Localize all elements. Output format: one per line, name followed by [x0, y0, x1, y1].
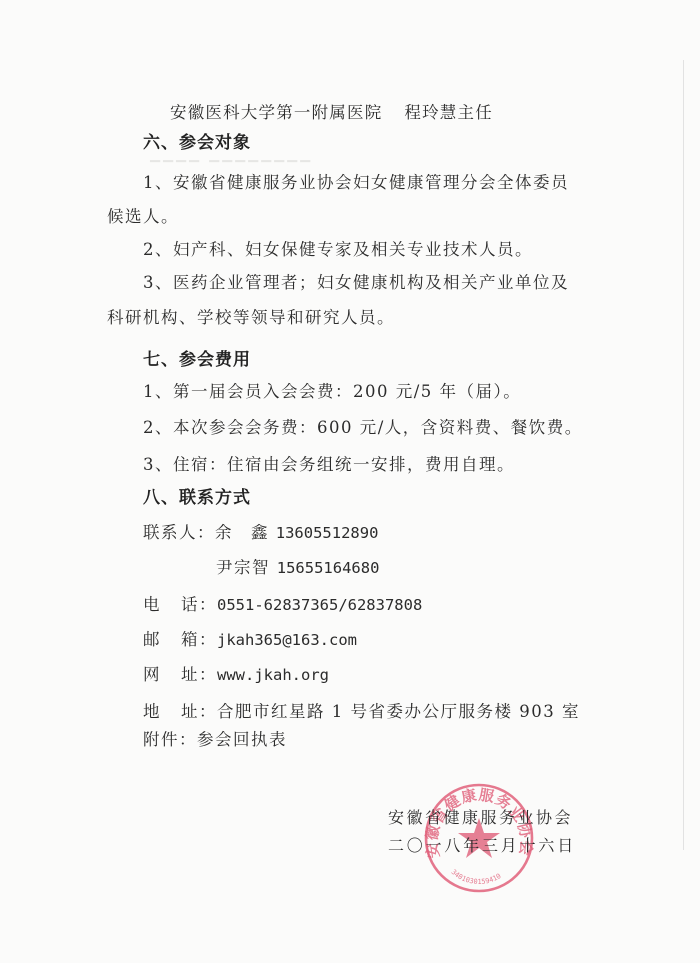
attendee-item-3-line2: 科研机构、学校等领导和研究人员。 — [107, 308, 395, 328]
fee-item-2: 2、本次参会会务费：600 元/人，含资料费、餐饮费。 — [143, 418, 583, 438]
attendee-item-1-line2: 候选人。 — [107, 207, 179, 227]
field-label: 电 — [143, 595, 161, 614]
fee-item-3: 3、住宿：住宿由会务组统一安排，费用自理。 — [143, 455, 515, 475]
attendee-item-2: 2、妇产科、妇女保健专家及相关专业技术人员。 — [143, 240, 533, 260]
field-label: 网 — [143, 665, 161, 684]
address-value: 合肥市红星路 1 号省委办公厅服务楼 903 室 — [217, 702, 580, 721]
contact-phone: 13605512890 — [276, 524, 379, 542]
address-row: 地址：合肥市红星路 1 号省委办公厅服务楼 903 室 — [143, 702, 580, 722]
person-title: 程玲慧主任 — [404, 103, 493, 122]
website-value: www.jkah.org — [217, 666, 329, 684]
contact-name: 尹宗智 — [216, 558, 270, 577]
contact-person-row-1: 联系人：余 鑫 13605512890 — [143, 523, 378, 543]
contact-person-row-2: 尹宗智 15655164680 — [216, 558, 379, 578]
section-heading-attendees: 六、参会对象 — [143, 133, 251, 153]
signature-date: 二〇一八年三月十六日 — [388, 833, 576, 856]
email-row: 邮箱：jkah365@163.com — [143, 630, 357, 650]
field-label: 址： — [181, 665, 217, 684]
attachment-value: 参会回执表 — [197, 730, 287, 749]
phone-value: 0551-62837365/62837808 — [217, 596, 422, 614]
section-heading-fees: 七、参会费用 — [143, 350, 251, 370]
institution-name: 安徽医科大学第一附属医院 — [170, 103, 382, 122]
scan-fold-line — [683, 60, 684, 850]
attendee-item-1-line1: 1、安徽省健康服务业协会妇女健康管理分会全体委员 — [143, 173, 569, 193]
contact-phone: 15655164680 — [277, 559, 380, 577]
field-label: 邮 — [143, 630, 161, 649]
signature-organization: 安徽省健康服务业协会 — [388, 805, 573, 828]
contact-name: 余 鑫 — [215, 523, 269, 542]
field-label: 地 — [143, 702, 161, 721]
svg-text:3401030159410: 3401030159410 — [450, 868, 503, 886]
contact-label: 联系人： — [143, 523, 215, 542]
phone-row: 电话：0551-62837365/62837808 — [143, 595, 422, 615]
attachment-label: 附件： — [143, 730, 197, 749]
fee-item-1: 1、第一届会员入会会费：200 元/5 年（届）。 — [143, 382, 521, 402]
field-label: 箱： — [181, 630, 217, 649]
section-heading-contact: 八、联系方式 — [143, 488, 251, 508]
field-label: 址： — [181, 702, 217, 721]
document-page: ▁▁▁▁ ▁▁▁▁▁▁▁▁ 安徽医科大学第一附属医院程玲慧主任 六、参会对象 1… — [0, 0, 700, 963]
field-label: 话： — [181, 595, 217, 614]
attachment-row: 附件：参会回执表 — [143, 730, 287, 750]
top-line: 安徽医科大学第一附属医院程玲慧主任 — [170, 103, 493, 123]
email-value: jkah365@163.com — [217, 631, 357, 649]
website-row: 网址：www.jkah.org — [143, 665, 329, 685]
attendee-item-3-line1: 3、医药企业管理者；妇女健康机构及相关产业单位及 — [143, 273, 569, 293]
